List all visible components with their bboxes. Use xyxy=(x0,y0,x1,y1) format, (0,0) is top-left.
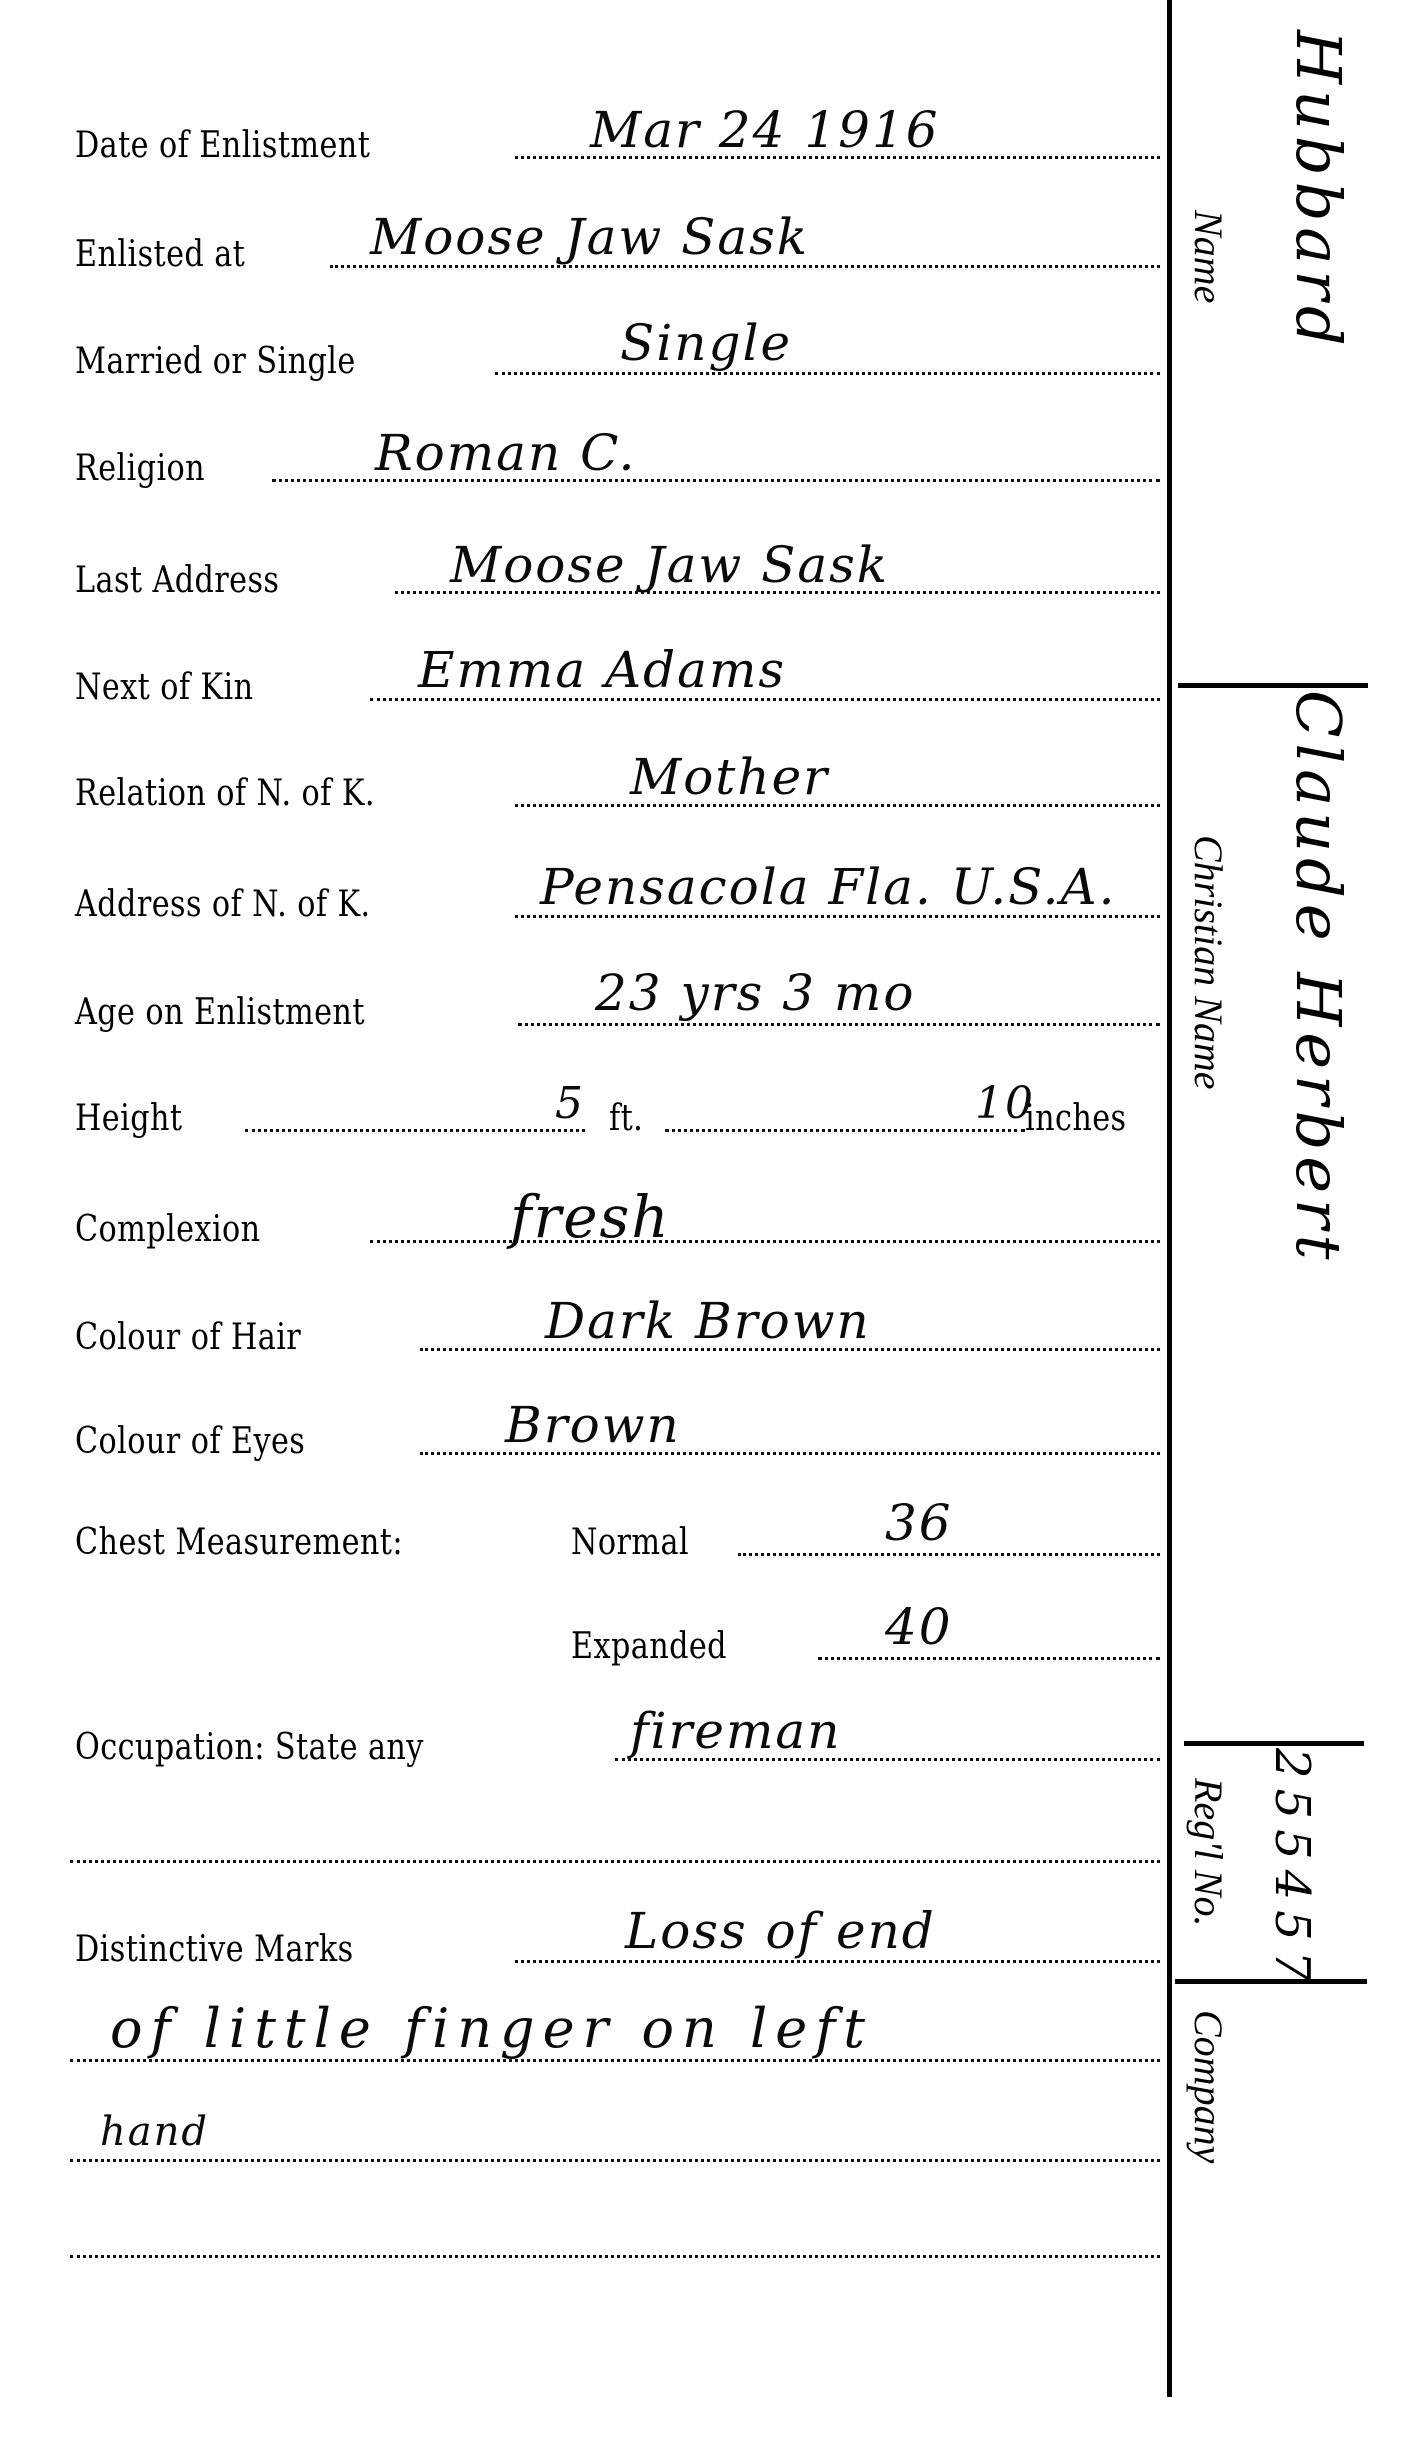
address-of-nok-label: Address of N. of K. xyxy=(75,887,371,923)
height-label: Height xyxy=(75,1101,182,1137)
occupation-value: fireman xyxy=(630,1706,841,1756)
age-on-enlistment-line xyxy=(518,1023,1160,1026)
occupation-continuation-line xyxy=(70,1860,1160,1863)
christian-name-value: Claude Herbert xyxy=(1282,690,1355,1266)
sidebar-divider xyxy=(1167,0,1172,2397)
height-feet-value: 5 xyxy=(555,1082,585,1126)
complexion-line xyxy=(370,1240,1160,1243)
colour-of-hair-value: Dark Brown xyxy=(545,1296,871,1346)
name-value: Hubbard xyxy=(1282,30,1355,352)
chest-expanded-line xyxy=(818,1657,1160,1660)
chest-normal-value: 36 xyxy=(885,1498,953,1548)
sidebar-rule-2 xyxy=(1184,1741,1364,1746)
distinctive-marks-line xyxy=(515,1960,1160,1963)
regtl-no-value: 255457 xyxy=(1264,1748,1320,1991)
relation-of-nok-value: Mother xyxy=(630,752,829,802)
enlisted-at-value: Moose Jaw Sask xyxy=(370,212,809,262)
next-of-kin-value: Emma Adams xyxy=(418,645,786,695)
married-or-single-line xyxy=(495,372,1160,375)
age-on-enlistment-value: 23 yrs 3 mo xyxy=(595,968,915,1018)
sidebar-rule-1 xyxy=(1178,683,1368,688)
religion-value: Roman C. xyxy=(375,428,636,478)
colour-of-eyes-value: Brown xyxy=(505,1400,681,1450)
regtl-no-label: Reg'l No. xyxy=(1185,1778,1232,1927)
distinctive-marks-line-2: of little finger on left xyxy=(110,2002,873,2056)
date-of-enlistment-value: Mar 24 1916 xyxy=(590,105,940,155)
company-label: Company xyxy=(1185,2010,1232,2163)
next-of-kin-label: Next of Kin xyxy=(75,670,254,706)
chest-expanded-value: 40 xyxy=(885,1602,953,1652)
height-inches-line xyxy=(665,1129,1025,1132)
enlisted-at-label: Enlisted at xyxy=(75,237,245,273)
height-feet-unit: ft. xyxy=(609,1101,643,1137)
colour-of-eyes-label: Colour of Eyes xyxy=(75,1424,305,1460)
distinctive-marks-line-3: hand xyxy=(100,2112,209,2152)
relation-of-nok-line xyxy=(515,804,1160,807)
age-on-enlistment-label: Age on Enlistment xyxy=(75,995,365,1031)
name-label: Name xyxy=(1185,210,1232,303)
distinctive-marks-line-3-rule xyxy=(70,2159,1160,2162)
complexion-label: Complexion xyxy=(75,1212,261,1248)
height-feet-line xyxy=(245,1129,585,1132)
complexion-value: fresh xyxy=(510,1188,671,1246)
relation-of-nok-label: Relation of N. of K. xyxy=(75,776,375,812)
married-or-single-label: Married or Single xyxy=(75,344,356,380)
chest-measurement-label: Chest Measurement: xyxy=(75,1525,403,1561)
address-of-nok-value: Pensacola Fla. U.S.A. xyxy=(540,862,1117,912)
chest-normal-line xyxy=(738,1553,1160,1556)
height-inches-unit: inches xyxy=(1025,1101,1126,1137)
chest-expanded-label: Expanded xyxy=(571,1629,727,1665)
colour-of-hair-label: Colour of Hair xyxy=(75,1320,301,1356)
date-of-enlistment-label: Date of Enlistment xyxy=(75,128,370,164)
distinctive-marks-label: Distinctive Marks xyxy=(75,1932,354,1968)
married-or-single-value: Single xyxy=(620,318,792,368)
religion-label: Religion xyxy=(75,451,205,487)
chest-normal-label: Normal xyxy=(571,1525,689,1561)
attestation-card: Date of Enlistment Mar 24 1916 Enlisted … xyxy=(0,0,1412,2451)
distinctive-marks-line-1: Loss of end xyxy=(625,1906,936,1956)
distinctive-marks-line-4-rule xyxy=(70,2255,1160,2258)
christian-name-label: Christian Name xyxy=(1185,835,1232,1089)
last-address-label: Last Address xyxy=(75,563,279,599)
occupation-label: Occupation: State any xyxy=(75,1730,424,1766)
last-address-value: Moose Jaw Sask xyxy=(450,540,889,590)
